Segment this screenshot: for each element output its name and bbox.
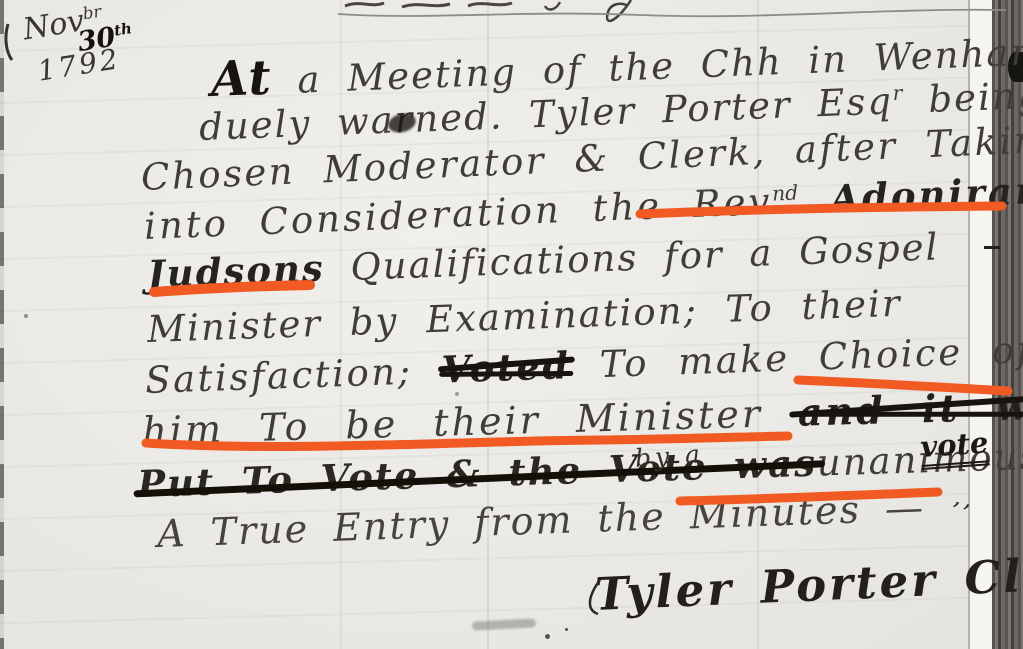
page-left-edge [0,0,4,649]
ink-speck [455,392,459,396]
ink-speck [545,634,550,639]
pencil-smudge [472,618,536,630]
ruled-line [338,10,1006,16]
decorated-initial: At [210,50,273,108]
margin-date: Novbr 30th 1792 [21,0,139,89]
binding-tick-mark [984,246,1000,249]
manuscript-page: Novbr 30th 1792 At a Meeting of the Chh … [0,0,1023,649]
ink-speck [565,628,568,631]
ink-speck [24,314,28,318]
clerk-signature: Tyler Porter Clerk [594,545,1023,621]
stray-mark [6,24,12,60]
vote-correction-note: vote [919,425,990,470]
scribbled-out-word: Voted [441,343,571,391]
insertion-note-by-a: by a [634,439,705,473]
scribbled-out-words: and it was [797,382,1023,435]
